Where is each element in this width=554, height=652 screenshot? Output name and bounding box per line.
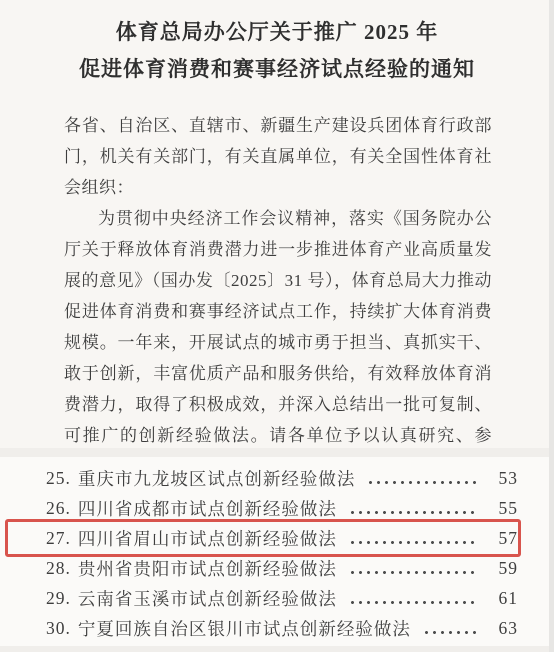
right-edge-strip — [549, 0, 554, 652]
dots-leader — [425, 631, 477, 634]
toc-row-highlighted: 27. 四川省眉山市试点创新经验做法 57 — [0, 523, 554, 553]
section-seam-divider — [0, 448, 554, 457]
toc-page-number: 61 — [492, 588, 518, 609]
notice-title-line-2: 促进体育消费和赛事经济试点经验的通知 — [0, 51, 554, 88]
toc-row: 29. 云南省玉溪市试点创新经验做法 61 — [0, 583, 554, 613]
notice-title-line-1: 体育总局办公厅关于推广 2025 年 — [0, 14, 554, 51]
toc-page-number: 59 — [492, 558, 518, 579]
toc-item-title: 云南省玉溪市试点创新经验做法 — [78, 586, 337, 611]
toc-page-number: 55 — [492, 498, 518, 519]
scanned-notice-page: 体育总局办公厅关于推广 2025 年 促进体育消费和赛事经济试点经验的通知 各省… — [0, 0, 554, 652]
notice-document-section: 体育总局办公厅关于推广 2025 年 促进体育消费和赛事经济试点经验的通知 各省… — [0, 0, 554, 448]
dots-leader — [369, 481, 477, 484]
toc-page-number: 63 — [492, 618, 518, 639]
toc-row: 28. 贵州省贵阳市试点创新经验做法 59 — [0, 553, 554, 583]
toc-item-title: 宁夏回族自治区银川市试点创新经验做法 — [78, 616, 411, 641]
bottom-edge-strip — [0, 646, 554, 652]
toc-item-title: 四川省成都市试点创新经验做法 — [78, 496, 337, 521]
dots-leader — [351, 571, 477, 574]
toc-item-number: 30. — [46, 618, 71, 639]
toc-section: 25. 重庆市九龙坡区试点创新经验做法 53 26. 四川省成都市试点创新经验做… — [0, 457, 554, 646]
dots-leader — [351, 601, 477, 604]
toc-item-number: 27. — [46, 528, 71, 549]
toc-row: 25. 重庆市九龙坡区试点创新经验做法 53 — [0, 463, 554, 493]
toc-row: 26. 四川省成都市试点创新经验做法 55 — [0, 493, 554, 523]
toc-item-title: 贵州省贵阳市试点创新经验做法 — [78, 556, 337, 581]
toc-item-title: 四川省眉山市试点创新经验做法 — [78, 526, 337, 551]
toc-item-number: 26. — [46, 498, 71, 519]
toc-item-number: 28. — [46, 558, 71, 579]
toc-item-number: 29. — [46, 588, 71, 609]
toc-item-number: 25. — [46, 468, 71, 489]
addressee-paragraph: 各省、自治区、直辖市、新疆生产建设兵团体育行政部门，机关有关部门，有关直属单位，… — [64, 110, 492, 203]
toc-row: 30. 宁夏回族自治区银川市试点创新经验做法 63 — [0, 613, 554, 643]
notice-title: 体育总局办公厅关于推广 2025 年 促进体育消费和赛事经济试点经验的通知 — [0, 14, 554, 88]
toc-item-title: 重庆市九龙坡区试点创新经验做法 — [78, 466, 356, 491]
toc-page-number: 57 — [492, 528, 518, 549]
dots-leader — [351, 541, 477, 544]
toc-page-number: 53 — [492, 468, 518, 489]
dots-leader — [351, 511, 477, 514]
